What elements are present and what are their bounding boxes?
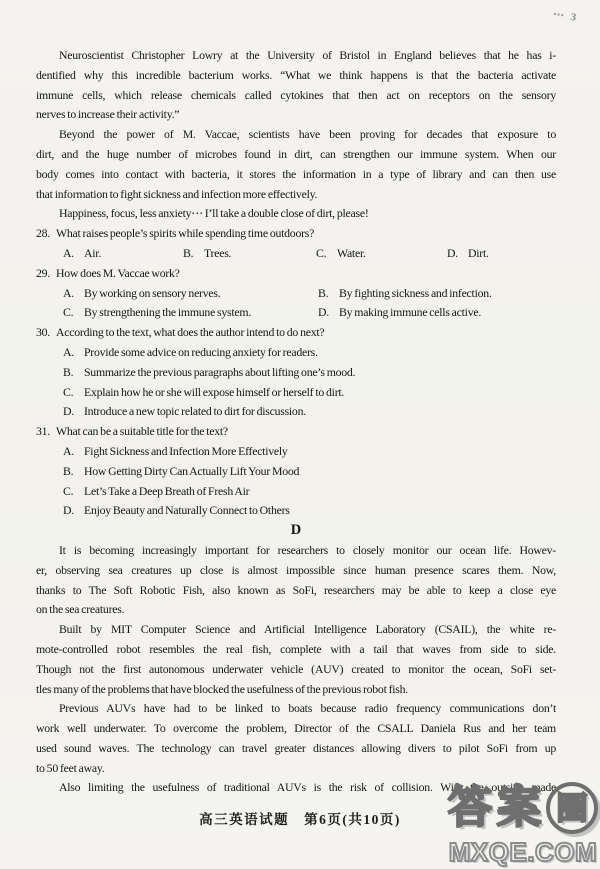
passage-line: Happiness, focus, less anxiety⋯ I’ll tak… [36,204,556,224]
option-a: A.Provide some advice on reducing anxiet… [36,343,556,363]
option-label: A. [63,244,84,264]
question-number: 29. [36,266,50,280]
passage-line: body comes into contact with bacteria, i… [36,165,556,185]
option-text: By fighting sickness and infection. [339,286,492,300]
option-label: B. [318,284,339,304]
option-text: Fight Sickness and Infection More Effect… [84,444,288,458]
option-text: Let’s Take a Deep Breath of Fresh Air [84,484,249,498]
passage-line: Neuroscientist Christopher Lowry at the … [36,46,556,66]
passage-line: to 50 feet away. [36,759,556,779]
option-label: A. [63,284,84,304]
passage-line: Previous AUVs have had to be linked to b… [36,699,556,719]
option-b: B.Trees. [183,244,316,264]
option-b: B.How Getting Dirty Can Actually Lift Yo… [36,462,556,482]
option-label: C. [63,482,84,502]
watermark-logo: 答 案 圈 [448,782,598,834]
question-31: 31.What can be a suitable title for the … [36,422,556,442]
option-label: A. [63,343,84,363]
watermark-circle-char: 圈 [546,782,598,834]
passage-line: dirt, and the huge number of microbes fo… [36,145,556,165]
question-28: 28.What raises people’s spirits while sp… [36,224,556,244]
option-label: B. [63,462,84,482]
question-30: 30.According to the text, what does the … [36,323,556,343]
option-text: How Getting Dirty Can Actually Lift Your… [84,464,299,478]
option-label: D. [447,244,468,264]
passage-line: immune cells, which release chemicals ca… [36,86,556,106]
option-c: C.By strengthening the immune system. [63,303,318,323]
option-label: C. [63,383,84,403]
question-29: 29.How does M. Vaccae work? [36,264,556,284]
passage-line: It is becoming increasingly important fo… [36,541,556,561]
option-label: A. [63,442,84,462]
scan-artifact-mark: ⋯ 3 [552,7,579,24]
passage-line: that information to fight sickness and i… [36,185,556,205]
option-text: Explain how he or she will expose himsel… [84,385,344,399]
passage-line: Beyond the power of M. Vaccae, scientist… [36,125,556,145]
question-number: 30. [36,325,50,339]
question-28-options: A.Air. B.Trees. C.Water. D.Dirt. [36,244,556,264]
option-a: A.By working on sensory nerves. [63,284,318,304]
question-29-options-row-2: C.By strengthening the immune system. D.… [36,303,556,323]
option-text: Trees. [204,246,231,260]
option-text: Enjoy Beauty and Naturally Connect to Ot… [84,503,290,517]
option-text: By making immune cells active. [339,305,481,319]
watermark-char: 案 [497,786,541,830]
option-label: D. [318,303,339,323]
question-text: What can be a suitable title for the tex… [56,424,228,438]
option-label: D. [63,402,84,422]
passage-line: on the sea creatures. [36,600,556,620]
passage-line: dentified why this incredible bacterium … [36,66,556,86]
option-text: Provide some advice on reducing anxiety … [84,345,318,359]
option-c: C.Water. [316,244,447,264]
watermark-domain: MXQE.COM [448,839,598,865]
option-label: B. [183,244,204,264]
section-d-heading: D [36,521,556,541]
option-text: Air. [84,246,101,260]
option-a: A.Air. [63,244,183,264]
option-c: C.Explain how he or she will expose hims… [36,383,556,403]
option-a: A.Fight Sickness and Infection More Effe… [36,442,556,462]
option-b: B.Summarize the previous paragraphs abou… [36,363,556,383]
passage-line: nerves to increase their activity.” [36,105,556,125]
watermark-char: 答 [448,786,492,830]
option-label: B. [63,363,84,383]
option-text: By strengthening the immune system. [84,305,251,319]
option-b: B.By fighting sickness and infection. [318,284,556,304]
page-content: Neuroscientist Christopher Lowry at the … [36,46,556,798]
passage-line: thanks to The Soft Robotic Fish, also kn… [36,581,556,601]
question-text: What raises people’s spirits while spend… [56,226,314,240]
passage-line: work well underwater. To overcome the pr… [36,719,556,739]
option-d: D.By making immune cells active. [318,303,556,323]
passage-line: mote-controlled robot resembles the real… [36,640,556,660]
passage-line: used sound waves. The technology can tra… [36,739,556,759]
option-d: D.Dirt. [447,244,556,264]
option-c: C.Let’s Take a Deep Breath of Fresh Air [36,482,556,502]
question-number: 31. [36,424,50,438]
question-text: According to the text, what does the aut… [56,325,324,339]
option-label: C. [316,244,337,264]
question-text: How does M. Vaccae work? [56,266,180,280]
option-text: By working on sensory nerves. [84,286,220,300]
option-text: Summarize the previous paragraphs about … [84,365,355,379]
option-text: Water. [337,246,366,260]
passage-line: tles many of the problems that have bloc… [36,680,556,700]
scanned-exam-page: ⋯ 3 Neuroscientist Christopher Lowry at … [0,0,600,869]
passage-line: er, observing sea creatures up close is … [36,561,556,581]
watermark: 答 案 圈 MXQE.COM [448,782,598,865]
option-d: D.Enjoy Beauty and Naturally Connect to … [36,501,556,521]
option-label: D. [63,501,84,521]
question-number: 28. [36,226,50,240]
question-29-options-row-1: A.By working on sensory nerves. B.By fig… [36,284,556,304]
option-text: Dirt. [468,246,489,260]
option-text: Introduce a new topic related to dirt fo… [84,404,306,418]
option-d: D.Introduce a new topic related to dirt … [36,402,556,422]
passage-line: Built by MIT Computer Science and Artifi… [36,620,556,640]
passage-line: Though not the first autonomous underwat… [36,660,556,680]
option-label: C. [63,303,84,323]
